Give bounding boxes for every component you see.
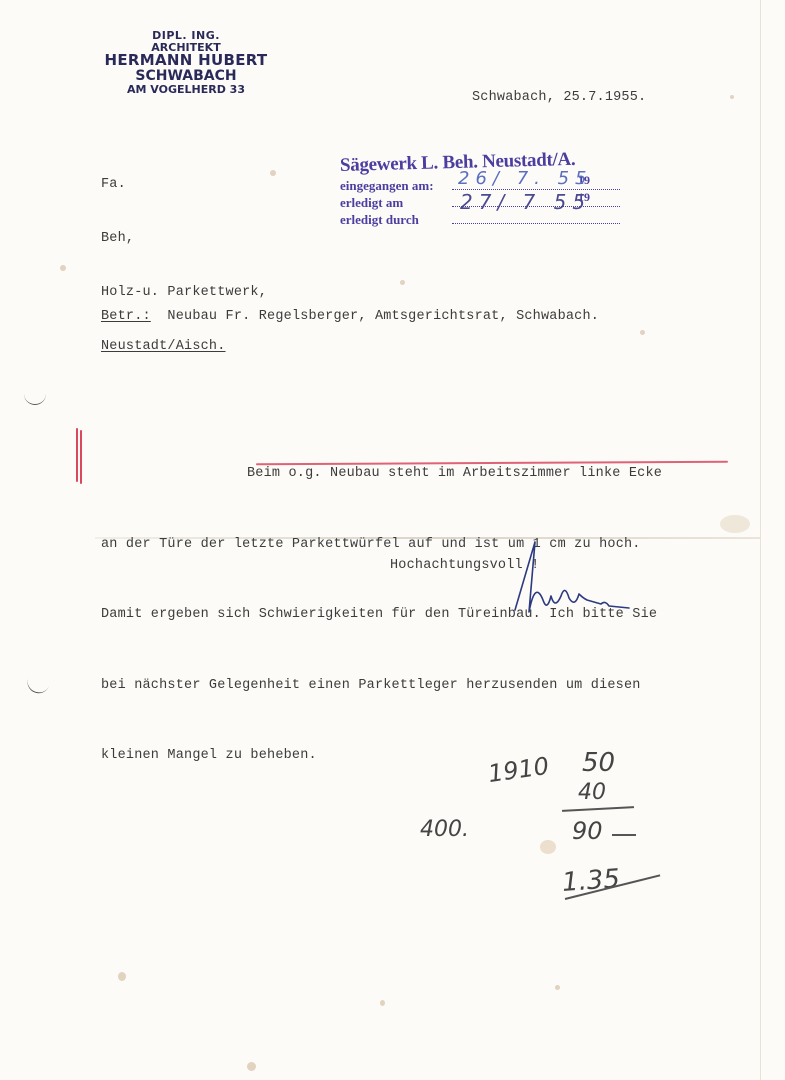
- stain-spot: [247, 1062, 256, 1071]
- pencil-dash: [612, 834, 636, 836]
- stain-spot: [720, 515, 750, 533]
- recipient-address: Fa. Beh, Holz-u. Parkettwerk, Neustadt/A…: [101, 140, 267, 392]
- letterhead-city: SCHWABACH: [96, 69, 276, 84]
- stain-spot: [380, 1000, 385, 1006]
- stain-spot: [730, 95, 734, 99]
- stamp-row-done-by: erledigt durch: [340, 212, 620, 228]
- pencil-note-40: 40: [578, 780, 606, 805]
- recipient-line-4: Neustadt/Aisch.: [101, 338, 267, 356]
- stain-spot: [400, 280, 405, 285]
- recipient-line-1: Fa.: [101, 176, 267, 194]
- stamp-received-label: eingegangen am:: [340, 178, 452, 194]
- recipient-line-2: Beh,: [101, 230, 267, 248]
- pencil-note-90: 90: [572, 817, 603, 845]
- pencil-note-400: 400.: [420, 817, 469, 842]
- signature-icon: [505, 540, 635, 620]
- pencil-note-50: 50: [582, 748, 615, 778]
- stain-spot: [555, 985, 560, 990]
- stain-spot: [640, 330, 645, 335]
- stamp-done-by-label: erledigt durch: [340, 212, 452, 228]
- stain-spot: [270, 170, 276, 176]
- red-margin-mark: [76, 428, 82, 482]
- body-line-1: Beim o.g. Neubau steht im Arbeitszimmer …: [101, 462, 662, 486]
- letterhead: DIPL. ING. ARCHITEKT HERMANN HUBERT SCHW…: [96, 30, 276, 95]
- letterhead-title: DIPL. ING.: [96, 30, 276, 42]
- letter-page: DIPL. ING. ARCHITEKT HERMANN HUBERT SCHW…: [0, 0, 785, 1080]
- stamp-done-label: erledigt am: [340, 195, 452, 211]
- letterhead-address: AM VOGELHERD 33: [96, 84, 276, 96]
- punch-hole-mark: [24, 392, 46, 405]
- stain-spot: [60, 265, 66, 271]
- stain-spot: [118, 972, 126, 981]
- stain-spot: [540, 840, 556, 854]
- stamp-done-handwritten: 27/ 7 55: [460, 190, 591, 214]
- body-line-5: kleinen Mangel zu beheben.: [101, 744, 662, 768]
- punch-hole-mark: [24, 677, 49, 697]
- subject-text: Neubau Fr. Regelsberger, Amtsgerichtsrat…: [167, 309, 599, 324]
- subject-line: Betr.: Neubau Fr. Regelsberger, Amtsgeri…: [101, 309, 599, 324]
- page-edge: [760, 0, 761, 1080]
- stamp-received-handwritten: 26/ 7. 55: [458, 168, 593, 189]
- recipient-line-3: Holz-u. Parkettwerk,: [101, 284, 267, 302]
- letterhead-name: HERMANN HUBERT: [96, 53, 276, 69]
- subject-label: Betr.:: [101, 309, 151, 324]
- date-line: Schwabach, 25.7.1955.: [472, 90, 646, 105]
- body-line-4: bei nächster Gelegenheit einen Parkettle…: [101, 674, 662, 698]
